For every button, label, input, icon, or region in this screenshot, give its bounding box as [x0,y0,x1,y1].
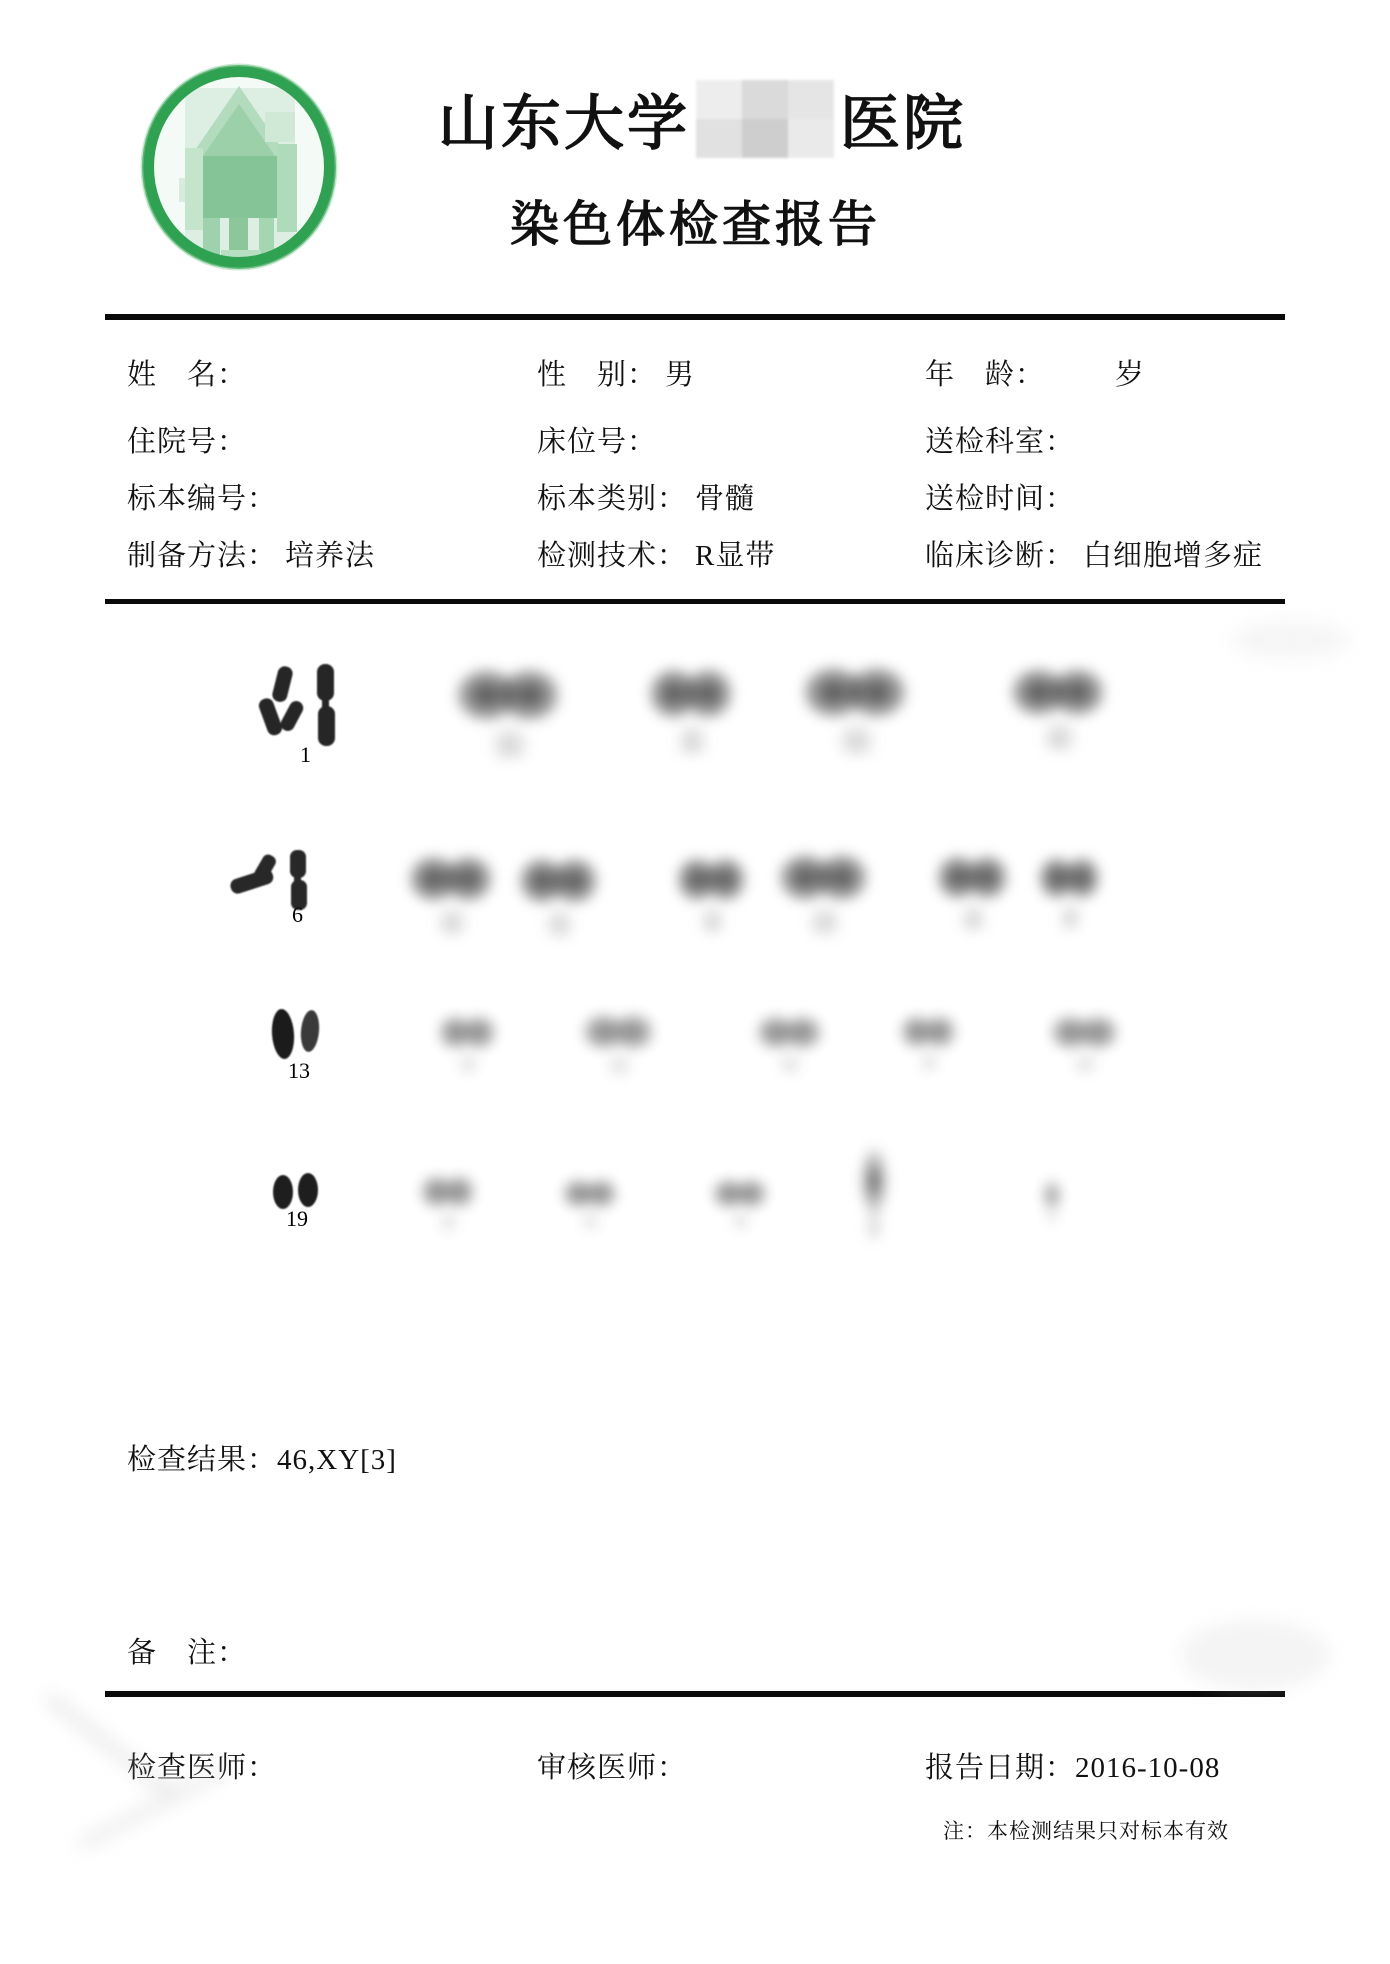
chromosome-pair-blurred [420,1170,475,1232]
field-prep-method-value: 培养法 [285,540,375,572]
censored-mosaic-block [696,80,834,158]
field-specimen-type-value: 骨髓 [695,483,755,515]
hospital-logo [135,60,343,274]
examiner-field: 检查医师： [127,1745,277,1786]
field-age-label: 年 龄： [925,359,1045,391]
chromosome-pair-blurred [900,1010,956,1072]
field-technique: 检测技术：R显带 [537,533,775,574]
chromosome-pair-1 [255,660,355,752]
field-technique-label: 检测技术： [537,540,687,572]
chromosome-pair-blurred [936,848,1008,932]
result-label: 检查结果： [127,1444,277,1476]
chromosome-report-page: 山东大学 医院 染色体检查报告 姓 名： 性 别：男 年 龄：岁 住院号： 床位… [0,0,1390,1964]
field-specimen-type: 标本类别：骨髓 [537,476,755,517]
result-value: 46,XY[3] [277,1444,397,1476]
report-date-value: 2016-10-08 [1075,1752,1220,1784]
hospital-name-suffix: 医院 [840,76,966,162]
chromosome-pair-blurred [582,1008,654,1076]
field-send-time: 送检时间： [925,476,1075,517]
field-gender-value: 男 [665,359,695,391]
chromosome-pair-blurred [802,658,907,756]
chromosome-pair-blurred [518,850,598,938]
chromosome-pair-blurred [408,848,493,936]
field-department-label: 送检科室： [925,426,1075,458]
separator-middle [105,599,1285,604]
chromosome-pair-blurred [438,1010,496,1074]
scan-artifact [1180,1620,1330,1690]
chromosome-pair-blurred [778,846,868,936]
field-admission-no-label: 住院号： [127,426,247,458]
remark-line: 备 注： [127,1630,247,1671]
field-admission-no: 住院号： [127,419,247,460]
field-diagnosis: 临床诊断：白细胞增多症 [925,533,1263,574]
chromosome-blurred [853,1142,895,1240]
field-name: 姓 名： [127,352,247,393]
logo-mosaic-building [135,60,343,274]
field-bed-no: 床位号： [537,419,657,460]
report-title: 染色体检查报告 [510,186,881,256]
chromosome-pair-blurred [1050,1010,1118,1074]
field-prep-method-label: 制备方法： [127,540,277,572]
field-diagnosis-value: 白细胞增多症 [1083,540,1263,572]
karyotype-row-label-1: 1 [300,742,311,768]
karyotype-row-label-19: 19 [286,1206,308,1232]
report-date-label: 报告日期： [925,1752,1075,1784]
validity-note: 注：本检测结果只对标本有效 [943,1815,1229,1845]
chromosome-pair-blurred [1038,850,1100,930]
separator-top [105,314,1285,320]
hospital-name-prefix: 山东大学 [438,76,690,162]
chromosome-pair-6 [230,846,335,916]
field-technique-value: R显带 [695,540,775,572]
reviewer-label: 审核医师： [537,1752,687,1784]
chromosome-pair-blurred [712,1174,767,1230]
field-specimen-no: 标本编号： [127,476,277,517]
chromosome-pair-13 [270,1006,330,1066]
karyotype-row-label-6: 6 [292,902,303,928]
examiner-label: 检查医师： [127,1752,277,1784]
chromosome-pair-blurred [1010,660,1105,752]
field-specimen-type-label: 标本类别： [537,483,687,515]
chromosome-pair-blurred [562,1174,617,1230]
reviewer-field: 审核医师： [537,1745,687,1786]
karyotype-row-label-13: 13 [288,1058,310,1084]
chromosome-pair-blurred [676,850,746,934]
field-send-time-label: 送检时间： [925,483,1075,515]
report-date-field: 报告日期：2016-10-08 [925,1745,1220,1786]
field-gender-label: 性 别： [537,359,657,391]
result-line: 检查结果：46,XY[3] [127,1437,397,1478]
field-prep-method: 制备方法：培养法 [127,533,375,574]
chromosome-blurred [1036,1176,1068,1224]
field-bed-no-label: 床位号： [537,426,657,458]
remark-label: 备 注： [127,1637,247,1669]
scan-artifact [1230,620,1350,660]
field-department: 送检科室： [925,419,1075,460]
chromosome-pair-blurred [756,1010,822,1074]
separator-bottom [105,1691,1285,1697]
field-name-label: 姓 名： [127,359,247,391]
hospital-title: 山东大学 医院 [438,76,966,162]
field-age-unit: 岁 [1115,359,1145,391]
field-age: 年 龄：岁 [925,352,1145,393]
chromosome-pair-blurred [648,660,733,756]
field-gender: 性 别：男 [537,352,695,393]
chromosome-pair-blurred [455,660,560,760]
field-diagnosis-label: 临床诊断： [925,540,1075,572]
field-specimen-no-label: 标本编号： [127,483,277,515]
